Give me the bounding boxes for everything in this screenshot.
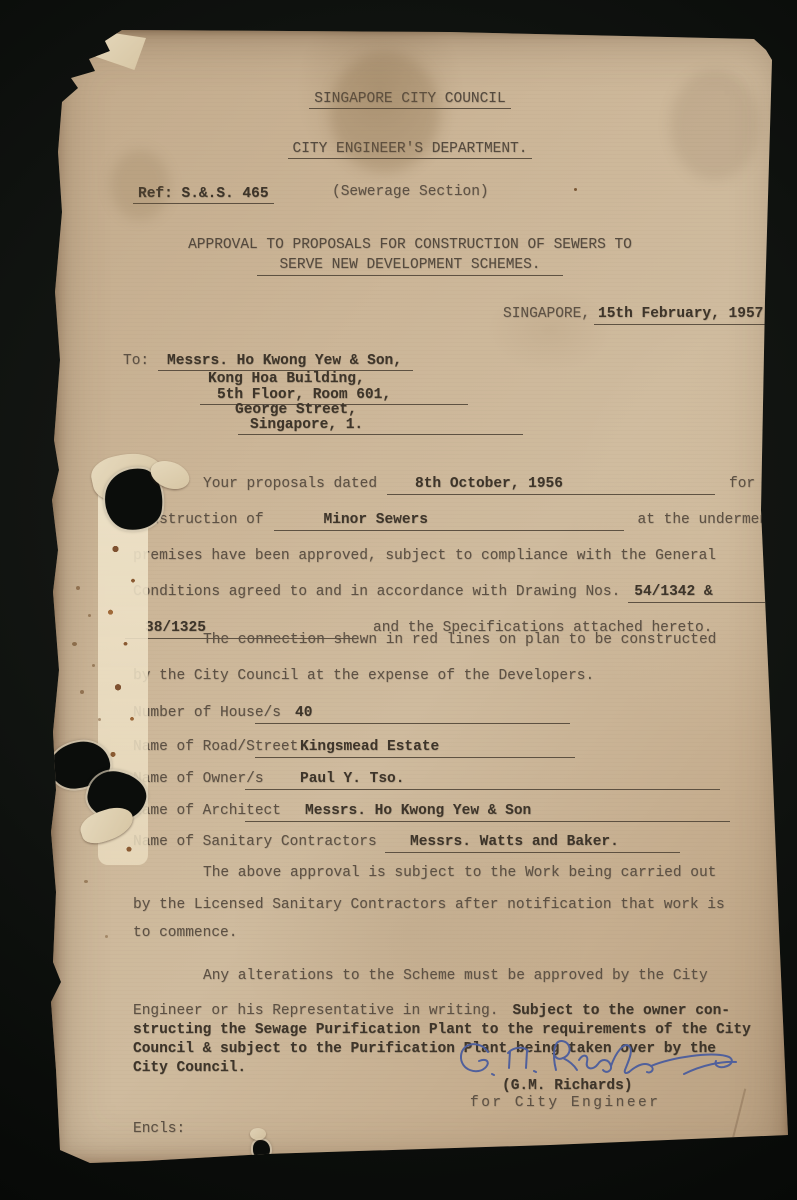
para2-line-2: by the City Council at the expense of th…: [133, 667, 594, 685]
letter-page: SINGAPORE CITY COUNCIL CITY ENGINEER'S D…: [50, 30, 790, 1170]
torn-corner-flap: [88, 30, 146, 70]
para3-line-3: to commence.: [133, 924, 237, 942]
recipient-line-5: Singapore, 1.: [238, 416, 523, 434]
foxing-speck: [76, 586, 80, 590]
field-value-road: Kingsmead Estate: [255, 738, 575, 758]
foxing-speck: [88, 614, 91, 617]
para2-line-1: The connection shewn in red lines on pla…: [203, 631, 716, 649]
section-label: (Sewerage Section): [332, 183, 489, 201]
para3-line-2: by the Licensed Sanitary Contractors aft…: [133, 896, 725, 914]
stain-left-top: [110, 150, 170, 220]
subject-line-2: SERVE NEW DEVELOPMENT SCHEMES.: [110, 256, 710, 274]
para4-line-2: Engineer or his Representative in writin…: [133, 1002, 730, 1020]
subject-line-1: APPROVAL TO PROPOSALS FOR CONSTRUCTION O…: [110, 236, 710, 254]
field-row-contractors: Name of Sanitary Contractors: [133, 833, 377, 851]
foxing-speck: [72, 642, 77, 646]
signature-role: for City Engineer: [470, 1094, 660, 1112]
para4-line-5: City Council.: [133, 1059, 246, 1077]
stain-top-center: [330, 52, 440, 172]
recipient-line-1: Messrs. Ho Kwong Yew & Son,: [158, 352, 413, 370]
para1-line-4: Conditions agreed to and in accordance w…: [133, 583, 766, 603]
foxing-speck: [80, 690, 84, 694]
small-hole-bottom: [253, 1140, 270, 1159]
field-row-owner: Name of Owner/s: [133, 770, 264, 788]
recipient-label: To:: [123, 352, 149, 370]
top-corner-fold: [753, 37, 767, 48]
small-flap-bottom: [250, 1128, 266, 1140]
foxing-speck: [92, 664, 95, 667]
para1-line-2: Construction ofMinor Sewersat the underm…: [133, 511, 797, 531]
foxing-speck: [98, 718, 101, 721]
field-value-contractors: Messrs. Watts and Baker.: [385, 833, 680, 853]
foxing-speck: [84, 880, 88, 883]
dateline: SINGAPORE,15th February, 1957.: [503, 305, 776, 325]
para3-line-1: The above approval is subject to the Wor…: [203, 864, 716, 882]
ink-speck: [574, 188, 577, 191]
field-value-owner: Paul Y. Tso.: [245, 770, 720, 790]
para1-line-3: premises have been approved, subject to …: [133, 547, 716, 565]
para4-line-1: Any alterations to the Scheme must be ap…: [203, 967, 708, 985]
field-value-houses: 40: [255, 704, 570, 724]
corner-crease: [732, 1089, 747, 1140]
para1-line-1: Your proposals dated8th October, 1956for…: [203, 475, 790, 495]
stain-right-top: [670, 70, 760, 180]
enclosures-label: Encls:: [133, 1120, 185, 1138]
signature-name: (G.M. Richards): [502, 1077, 633, 1095]
foxing-speck: [105, 935, 108, 938]
field-value-architect: Messrs. Ho Kwong Yew & Son: [245, 802, 730, 822]
